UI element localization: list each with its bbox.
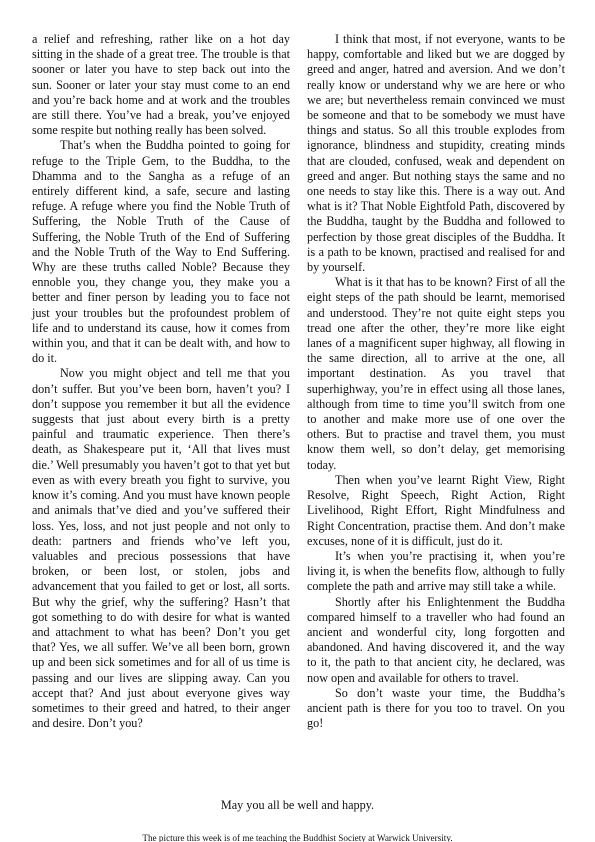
left-column: a relief and refreshing, rather like on …: [32, 32, 290, 731]
right-column: I think that most, if not everyone, want…: [307, 32, 565, 731]
paragraph: It’s when you’re practising it, when you…: [307, 549, 565, 595]
closing-blessing: May you all be well and happy.: [0, 798, 595, 813]
paragraph: What is it that has to be known? First o…: [307, 275, 565, 473]
paragraph: a relief and refreshing, rather like on …: [32, 32, 290, 138]
paragraph: Shortly after his Enlightenment the Budd…: [307, 595, 565, 686]
paragraph: Then when you’ve learnt Right View, Righ…: [307, 473, 565, 549]
picture-caption: The picture this week is of me teaching …: [0, 833, 595, 842]
paragraph: Now you might object and tell me that yo…: [32, 366, 290, 731]
paragraph: I think that most, if not everyone, want…: [307, 32, 565, 275]
paragraph: So don’t waste your time, the Buddha’s a…: [307, 686, 565, 732]
paragraph: That’s when the Buddha pointed to going …: [32, 138, 290, 366]
